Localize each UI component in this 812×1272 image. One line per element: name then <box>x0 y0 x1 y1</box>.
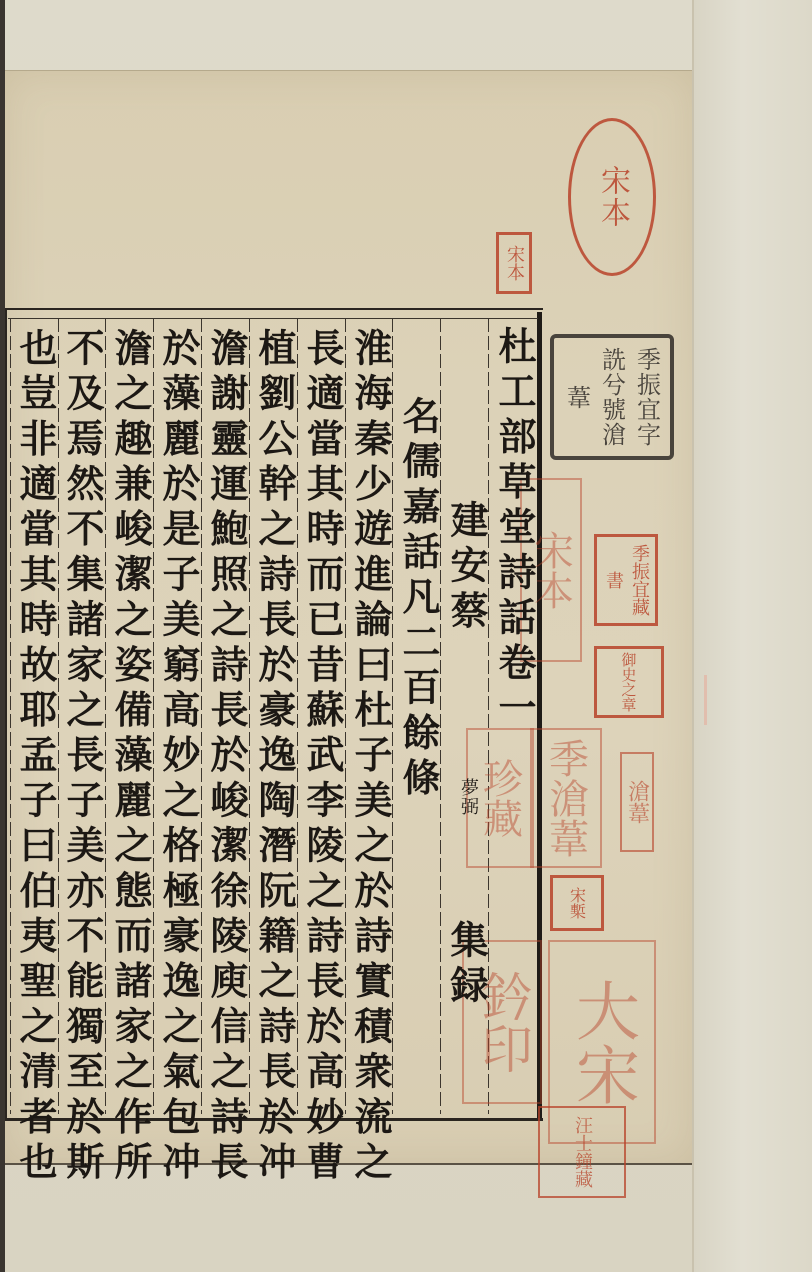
small-rect-seal: 宋本 <box>496 232 532 294</box>
body-column: 植劉公幹之詩長於豪逸陶潛阮籍之詩長於冲 <box>252 328 296 1187</box>
bottom-square-seal: 汪士鐘藏 <box>538 1106 626 1198</box>
body-column: 澹之趣兼峻潔之姿備藻麗之態而諸家之作所 <box>108 328 152 1187</box>
red-square-seal-1: 季振宜藏書 <box>594 534 658 626</box>
red-square-seal-2: 御史之章 <box>594 646 664 718</box>
body-column: 淮海秦少遊進論曰杜子美之於詩實積衆流之 <box>348 328 392 1187</box>
column-rule <box>153 318 154 1114</box>
column-rule <box>58 318 59 1114</box>
column-rule <box>10 318 11 1114</box>
author-role: 集録 <box>444 920 488 1010</box>
author-name: 建安蔡 <box>444 500 488 636</box>
faint-right-seal: 季滄葦 <box>530 728 602 868</box>
subtitle: 名儒嘉話凡二百餘條 <box>396 396 440 803</box>
body-column: 澹謝靈運鮑照之詩長於峻潔徐陵庾信之詩長 <box>204 328 248 1187</box>
small-square-seal: 宋槧 <box>550 875 604 931</box>
body-column: 長適當其時而已昔蘇武李陵之詩長於高妙曹 <box>300 328 344 1187</box>
faint-red-mark <box>704 675 707 725</box>
author-courtesy-name: 夢弼 <box>456 778 478 816</box>
oval-seal: 宋本 <box>568 118 656 276</box>
body-column: 也豈非適當其時故耶孟子曰伯夷聖之清者也 <box>13 328 57 1187</box>
volume-title: 杜工部草堂詩話卷一 <box>492 326 536 733</box>
column-rule <box>105 318 106 1114</box>
frame-inner-line <box>8 318 538 319</box>
small-right-seal: 滄葦 <box>620 752 654 852</box>
column-rule <box>345 318 346 1114</box>
column-rule <box>297 318 298 1114</box>
column-rule <box>201 318 202 1114</box>
black-square-seal: 季振宜字詵兮號滄葦 <box>550 334 674 460</box>
body-column: 於藻麗於是子美窮高妙之格極豪逸之氣包冲 <box>156 328 200 1187</box>
body-column: 不及焉然不集諸家之長子美亦不能獨至於斯 <box>60 328 104 1187</box>
adjacent-page-edge <box>692 0 812 1272</box>
column-rule <box>249 318 250 1114</box>
